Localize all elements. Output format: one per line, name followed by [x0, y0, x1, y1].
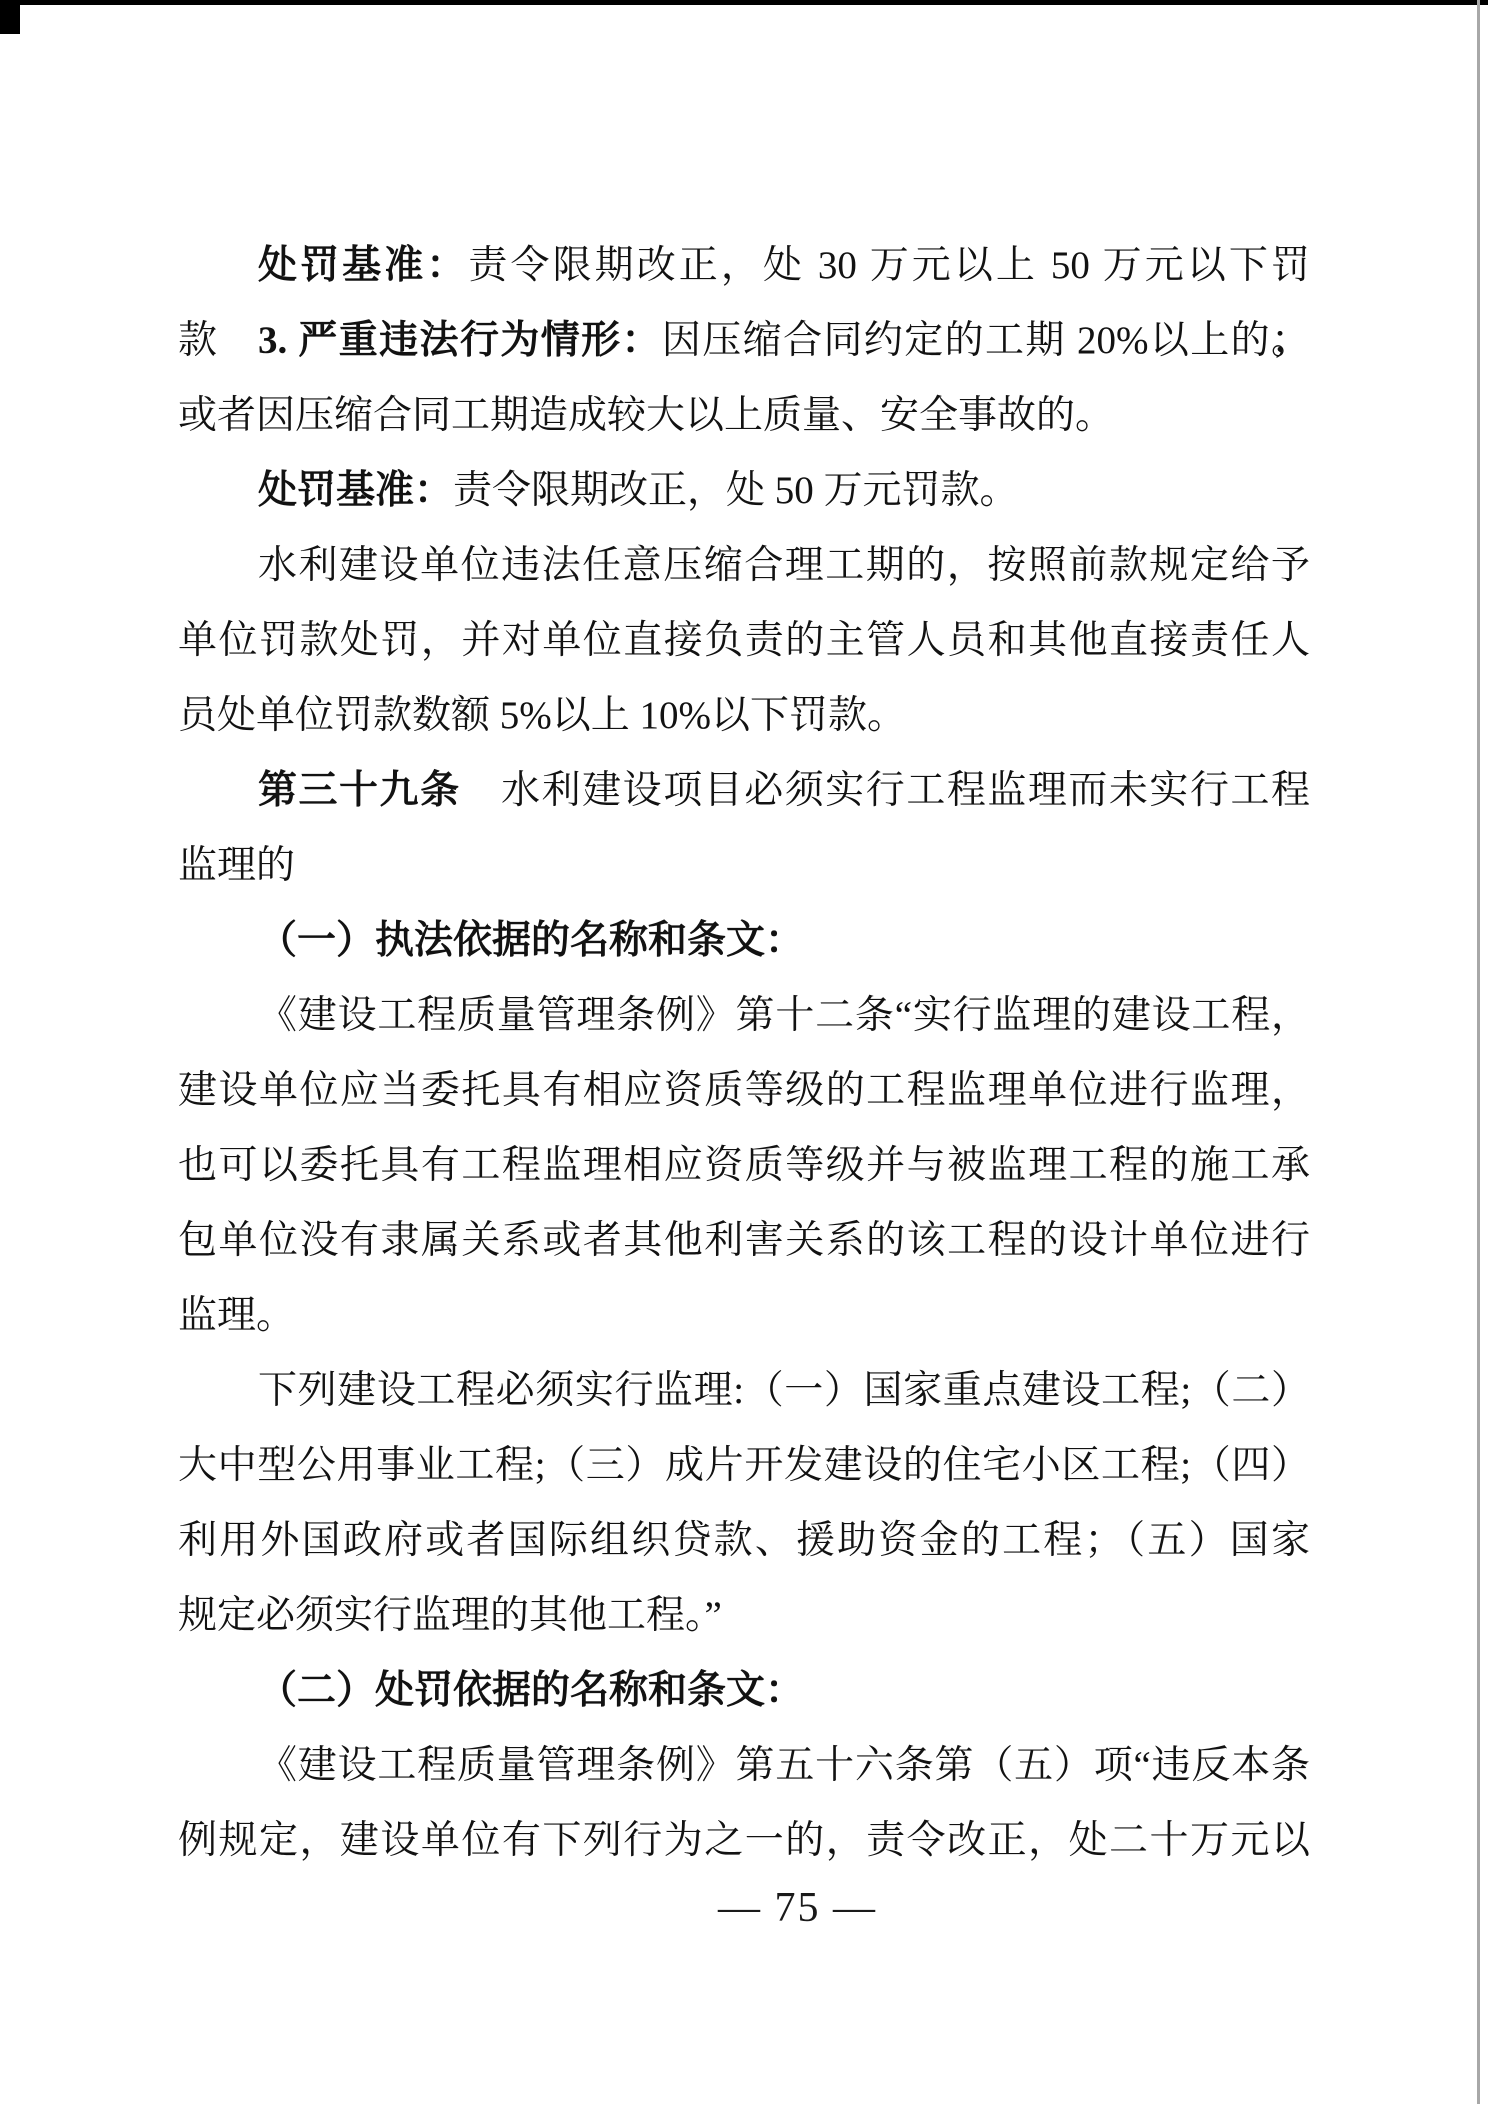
- scan-edge-right: [1477, 0, 1480, 2104]
- doc-line-section-heading-2: （二）处罚依据的名称和条文：: [178, 1653, 1310, 1728]
- doc-line: 《建设工程质量管理条例》第五十六条第（五）项“违反本条: [178, 1728, 1310, 1803]
- doc-line: 《建设工程质量管理条例》第十二条“实行监理的建设工程，: [178, 978, 1310, 1053]
- line-text: 单位罚款处罚，并对单位直接负责的主管人员和其他直接责任人: [178, 619, 1310, 662]
- doc-line: 监理。: [178, 1278, 1310, 1353]
- doc-line-penalty-standard-3: 处罚基准：责令限期改正，处 50 万元罚款。: [178, 453, 1310, 528]
- line-text: 《建设工程质量管理条例》第五十六条第（五）项“违反本条: [258, 1744, 1310, 1787]
- bold-lead: （二）处罚依据的名称和条文：: [258, 1669, 804, 1712]
- bold-lead: （一）执法依据的名称和条文：: [258, 919, 804, 962]
- doc-line: 员处单位罚款数额 5%以上 10%以下罚款。: [178, 678, 1310, 753]
- bold-lead: 处罚基准：: [258, 469, 453, 512]
- doc-line: 监理的: [178, 828, 1310, 903]
- doc-line: 利用外国政府或者国际组织贷款、援助资金的工程；（五）国家: [178, 1503, 1310, 1578]
- doc-line: 规定必须实行监理的其他工程。”: [178, 1578, 1310, 1653]
- doc-line-severe-violation: 3. 严重违法行为情形：因压缩合同约定的工期 20%以上的；: [178, 303, 1310, 378]
- page-number: — 75 —: [718, 1884, 877, 1932]
- doc-line: 建设单位应当委托具有相应资质等级的工程监理单位进行监理，: [178, 1053, 1310, 1128]
- line-text: 因压缩合同约定的工期 20%以上的；: [662, 319, 1310, 362]
- doc-line: 也可以委托具有工程监理相应资质等级并与被监理工程的施工承: [178, 1128, 1310, 1203]
- doc-line: 下列建设工程必须实行监理:（一）国家重点建设工程;（二）: [178, 1353, 1310, 1428]
- doc-line-penalty-standard-2: 处罚基准：责令限期改正，处 30 万元以上 50 万元以下罚款。: [178, 228, 1310, 303]
- line-text: 责令限期改正，处 50 万元罚款。: [453, 469, 1019, 512]
- line-text: 例规定，建设单位有下列行为之一的，责令改正，处二十万元以: [178, 1819, 1310, 1862]
- line-text: 员处单位罚款数额 5%以上 10%以下罚款。: [178, 694, 906, 737]
- line-text: 也可以委托具有工程监理相应资质等级并与被监理工程的施工承: [178, 1144, 1310, 1187]
- line-text: 水利建设项目必须实行工程监理而未实行工程: [461, 769, 1310, 812]
- bold-lead: 3. 严重违法行为情形：: [258, 319, 662, 362]
- doc-line: 或者因压缩合同工期造成较大以上质量、安全事故的。: [178, 378, 1310, 453]
- line-text: 水利建设单位违法任意压缩合理工期的，按照前款规定给予: [258, 544, 1310, 587]
- doc-line: 水利建设单位违法任意压缩合理工期的，按照前款规定给予: [178, 528, 1310, 603]
- line-text: 大中型公用事业工程;（三）成片开发建设的住宅小区工程;（四）: [178, 1444, 1310, 1487]
- line-text: 建设单位应当委托具有相应资质等级的工程监理单位进行监理，: [178, 1069, 1310, 1112]
- bold-lead: 第三十九条: [258, 769, 461, 812]
- line-text: 《建设工程质量管理条例》第十二条“实行监理的建设工程，: [258, 994, 1310, 1037]
- line-text: 监理。: [178, 1294, 295, 1337]
- doc-line: 大中型公用事业工程;（三）成片开发建设的住宅小区工程;（四）: [178, 1428, 1310, 1503]
- doc-line: 例规定，建设单位有下列行为之一的，责令改正，处二十万元以: [178, 1803, 1310, 1878]
- document-page: 处罚基准：责令限期改正，处 30 万元以上 50 万元以下罚款。 3. 严重违法…: [0, 0, 1488, 2104]
- doc-line-article-39: 第三十九条 水利建设项目必须实行工程监理而未实行工程: [178, 753, 1310, 828]
- line-text: 利用外国政府或者国际组织贷款、援助资金的工程；（五）国家: [178, 1519, 1310, 1562]
- line-text: 包单位没有隶属关系或者其他利害关系的该工程的设计单位进行: [178, 1219, 1310, 1262]
- doc-line: 单位罚款处罚，并对单位直接负责的主管人员和其他直接责任人: [178, 603, 1310, 678]
- scan-edge-top: [0, 0, 1488, 5]
- line-text: 或者因压缩合同工期造成较大以上质量、安全事故的。: [178, 394, 1114, 437]
- doc-line-section-heading-1: （一）执法依据的名称和条文：: [178, 903, 1310, 978]
- bold-lead: 处罚基准：: [258, 244, 468, 287]
- line-text: 下列建设工程必须实行监理:（一）国家重点建设工程;（二）: [258, 1369, 1310, 1412]
- document-body: 处罚基准：责令限期改正，处 30 万元以上 50 万元以下罚款。 3. 严重违法…: [178, 228, 1310, 1878]
- line-text: 规定必须实行监理的其他工程。”: [178, 1594, 722, 1637]
- doc-line: 包单位没有隶属关系或者其他利害关系的该工程的设计单位进行: [178, 1203, 1310, 1278]
- line-text: 监理的: [178, 844, 295, 887]
- scan-edge-corner: [0, 0, 20, 34]
